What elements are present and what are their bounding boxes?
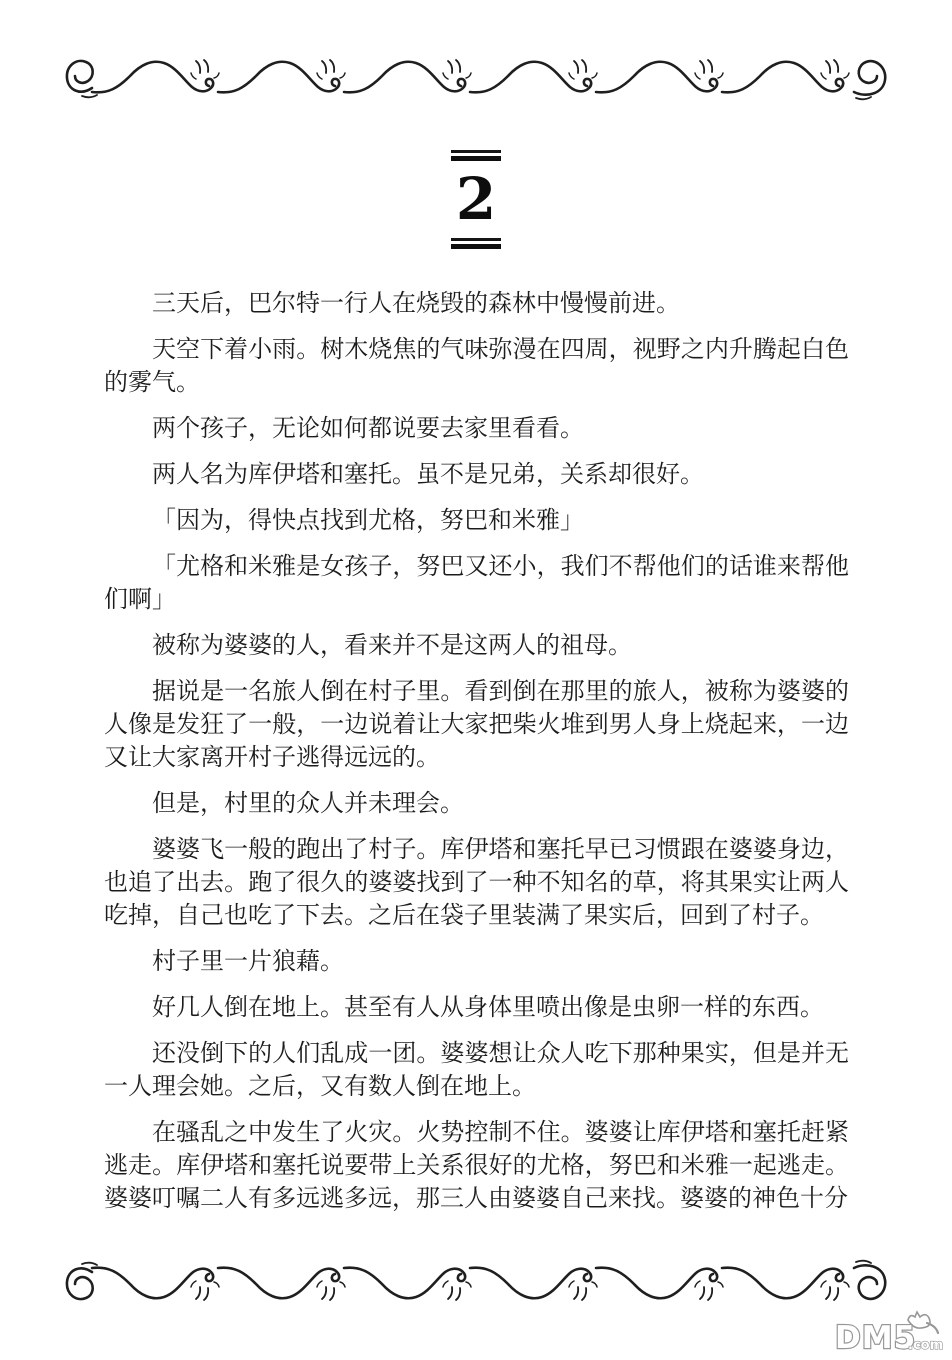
- paragraph: 两个孩子，无论如何都说要去家里看看。: [104, 413, 849, 446]
- paragraph: 「因为，得快点找到尤格，努巴和米雅」: [104, 505, 849, 538]
- book-page: 2 三天后，巴尔特一行人在烧毁的森林中慢慢前进。天空下着小雨。树木烧焦的气味弥漫…: [0, 0, 952, 1360]
- paragraph: 但是，村里的众人并未理会。: [104, 788, 849, 821]
- flourish-wave-icon: [62, 1256, 890, 1308]
- paragraph: 婆婆飞一般的跑出了村子。库伊塔和塞托早已习惯跟在婆婆身边，也追了出去。跑了很久的…: [104, 834, 849, 933]
- dm5-logo-icon: DM5 .com: [832, 1306, 950, 1358]
- paragraph: 三天后，巴尔特一行人在烧毁的森林中慢慢前进。: [104, 288, 849, 321]
- cat-tail-icon: [927, 1323, 938, 1333]
- paragraph: 「尤格和米雅是女孩子，努巴又还小，我们不帮他们的话谁来帮他们啊」: [104, 551, 849, 617]
- rule-thin-line: [451, 238, 501, 241]
- paragraph: 还没倒下的人们乱成一团。婆婆想让众人吃下那种果实，但是并无一人理会她。之后，又有…: [104, 1038, 849, 1104]
- paragraph: 两人名为库伊塔和塞托。虽不是兄弟，关系却很好。: [104, 459, 849, 492]
- chapter-header: 2: [0, 150, 952, 249]
- chapter-rule-top: [451, 150, 501, 161]
- chapter-text: 三天后，巴尔特一行人在烧毁的森林中慢慢前进。天空下着小雨。树木烧焦的气味弥漫在四…: [104, 288, 849, 1229]
- rule-thin-line: [451, 150, 501, 153]
- paragraph: 据说是一名旅人倒在村子里。看到倒在那里的旅人，被称为婆婆的人像是发狂了一般，一边…: [104, 676, 849, 775]
- watermark-domain-text: .com: [908, 1338, 943, 1353]
- paragraph: 好几人倒在地上。甚至有人从身体里喷出像是虫卵一样的东西。: [104, 992, 849, 1025]
- ornamental-border-bottom: [62, 1256, 890, 1308]
- flourish-wave-icon: [62, 52, 890, 104]
- paragraph: 村子里一片狼藉。: [104, 946, 849, 979]
- ornamental-border-top: [62, 52, 890, 104]
- paragraph: 天空下着小雨。树木烧焦的气味弥漫在四周，视野之内升腾起白色的雾气。: [104, 334, 849, 400]
- chapter-rule-bottom: [451, 238, 501, 249]
- watermark-logo-text: DM5: [835, 1320, 916, 1356]
- paragraph: 在骚乱之中发生了火灾。火势控制不住。婆婆让库伊塔和塞托赶紧逃走。库伊塔和塞托说要…: [104, 1117, 849, 1216]
- paragraph: 被称为婆婆的人，看来并不是这两人的祖母。: [104, 630, 849, 663]
- chapter-number: 2: [0, 170, 952, 228]
- dm5-watermark: DM5 .com: [832, 1306, 950, 1358]
- rule-thick-line: [451, 156, 501, 161]
- rule-thick-line: [451, 244, 501, 249]
